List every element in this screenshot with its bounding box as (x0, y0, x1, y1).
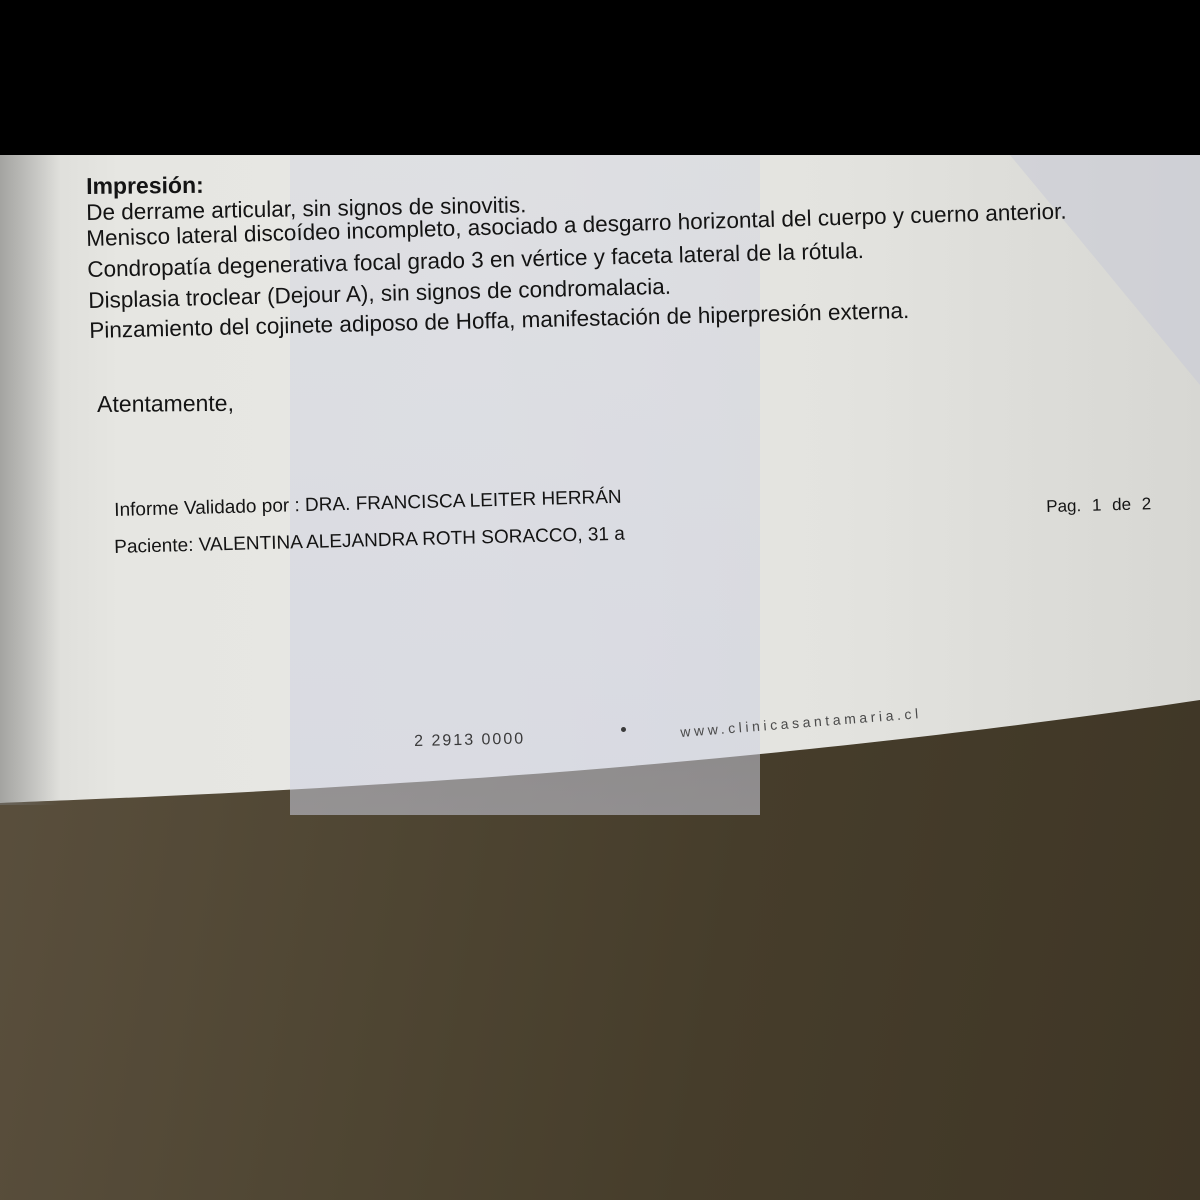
footer-website: www.clinicasantamaria.cl (680, 705, 923, 740)
photo-scene: Impresión: De derrame articular, sin sig… (0, 0, 1200, 1200)
footer-phone: 2 2913 0000 (414, 730, 525, 751)
report-text: Impresión: De derrame articular, sin sig… (0, 0, 1200, 1200)
validated-by-line: Informe Validado por : DRA. FRANCISCA LE… (114, 487, 622, 522)
patient-line: Paciente: VALENTINA ALEJANDRA ROTH SORAC… (114, 524, 625, 559)
impression-heading: Impresión: (86, 172, 204, 200)
page-indicator: Pag. 1 de 2 (1046, 494, 1151, 517)
closing-salutation: Atentamente, (97, 390, 234, 418)
footer-separator-dot (621, 727, 626, 732)
